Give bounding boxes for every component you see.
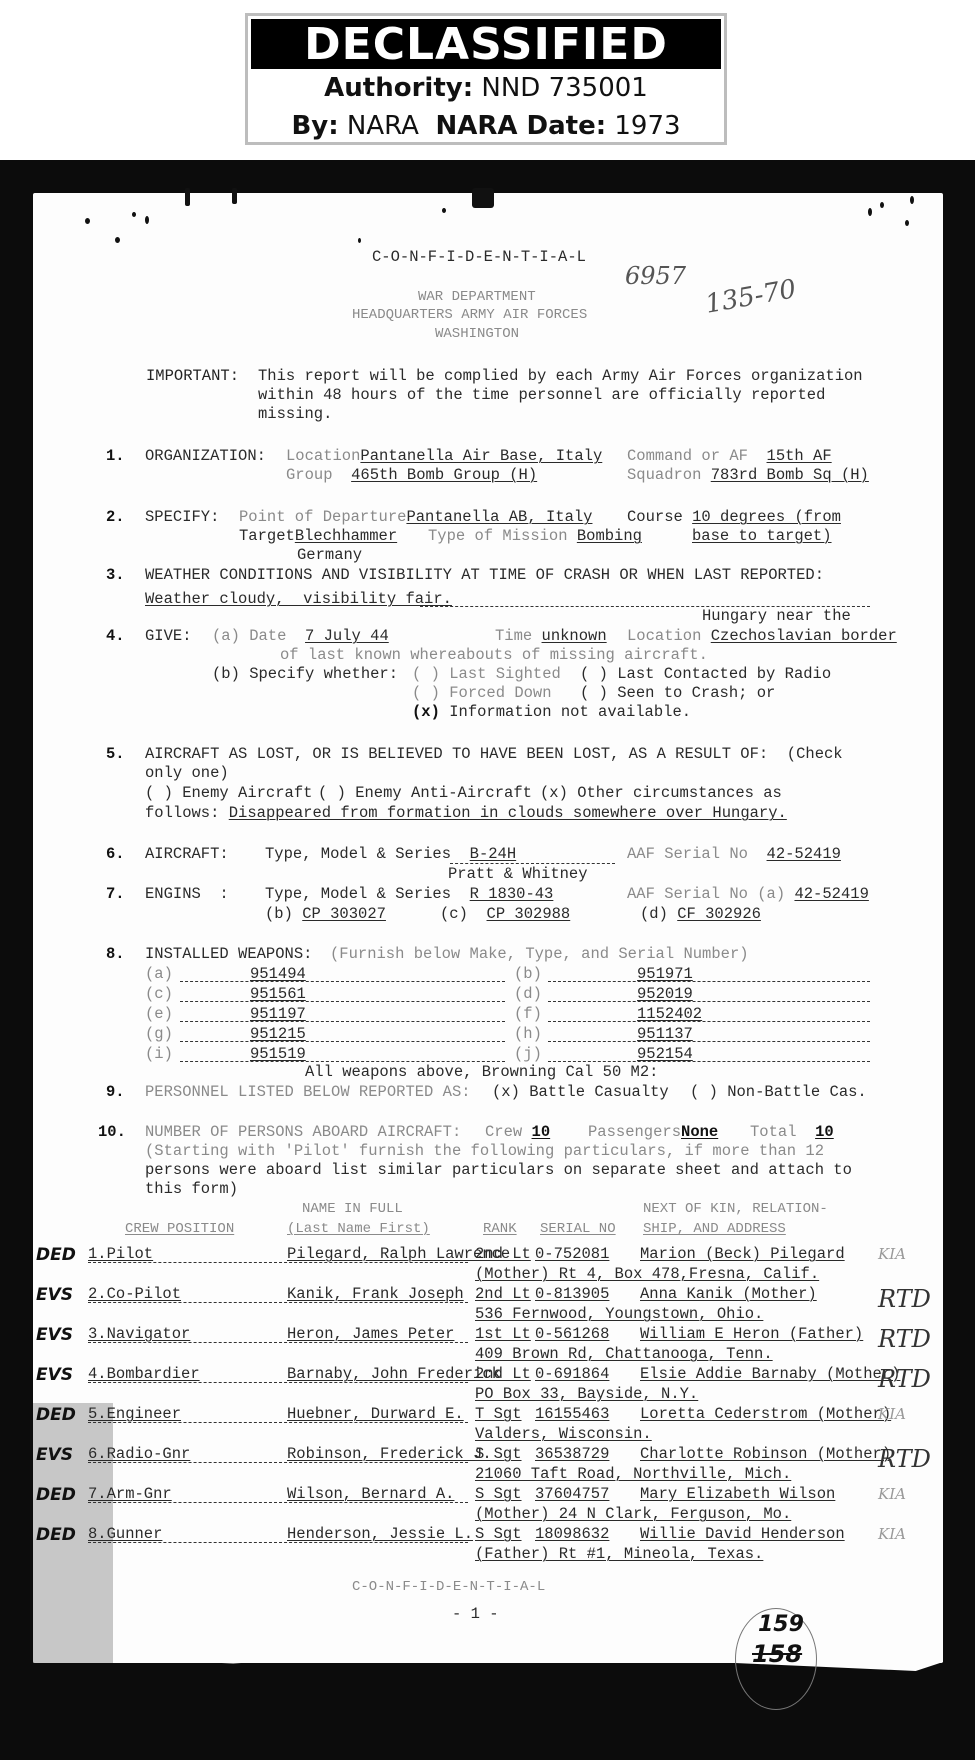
- important-line-3: missing.: [258, 405, 332, 423]
- course-field-2: base to target): [692, 527, 832, 545]
- next-of-kin-address: 21060 Taft Road, Northville, Mich.: [475, 1465, 791, 1483]
- crew-name: Huebner, Durward E.: [287, 1405, 464, 1423]
- disposition-annotation: KIA: [878, 1245, 906, 1263]
- section-4-number: 4.: [106, 627, 125, 645]
- weather-value: Weather cloudy, visibility fair.: [145, 590, 452, 608]
- option-seen-crash: ( ) Seen to Crash; or: [580, 684, 775, 702]
- target-field: TargetBlechhammer: [239, 527, 397, 545]
- squadron-field: Squadron 783rd Bomb Sq (H): [627, 466, 869, 484]
- handwritten-number: 6957: [625, 262, 686, 290]
- department-name: WAR DEPARTMENT: [418, 288, 536, 306]
- crew-rank: S Sgt: [475, 1525, 522, 1543]
- engine-serial-d: (d) CF 302926: [640, 905, 761, 923]
- engine-type-field: Type, Model & Series R 1830-43: [265, 885, 553, 903]
- section-5-label-2: only one): [145, 764, 229, 782]
- target-country: Germany: [297, 546, 362, 564]
- weapon-label: (c): [145, 985, 173, 1003]
- stamp-title: DECLASSIFIED: [251, 19, 721, 69]
- crash-location-field: Location Czechoslavian border: [627, 627, 897, 645]
- section-10-note-2: persons were aboard list similar particu…: [145, 1161, 852, 1179]
- important-line-2: within 48 hours of the time personnel ar…: [258, 386, 825, 404]
- engine-serial-c: (c) CP 302988: [440, 905, 570, 923]
- time-field: Time unknown: [495, 627, 607, 645]
- weapon-label: (e): [145, 1005, 173, 1023]
- next-of-kin: Marion (Beck) Pilegard: [640, 1245, 845, 1263]
- crew-position: 5.Engineer: [88, 1405, 181, 1423]
- cause-other: (x) Other circumstances as: [540, 784, 782, 802]
- disposition-annotation: KIA: [878, 1525, 906, 1543]
- engine-make: Pratt & Whitney: [448, 865, 588, 883]
- stamp-by: By: NARA NARA Date: 1973: [248, 107, 724, 145]
- crew-name: Wilson, Bernard A.: [287, 1485, 454, 1503]
- next-of-kin: Willie David Henderson: [640, 1525, 845, 1543]
- header-rank: RANK: [483, 1220, 517, 1238]
- crew-name: Kanik, Frank Joseph: [287, 1285, 464, 1303]
- crew-rank: 2nd Lt: [475, 1285, 531, 1303]
- crew-rank: S Sgt: [475, 1445, 522, 1463]
- disposition-annotation: RTD: [878, 1325, 931, 1353]
- important-label: IMPORTANT:: [146, 367, 239, 385]
- city-name: WASHINGTON: [435, 325, 519, 343]
- section-3-number: 3.: [106, 566, 125, 584]
- section-7-label: ENGINS :: [145, 885, 229, 903]
- crew-position: 4.Bombardier: [88, 1365, 200, 1383]
- crew-position: 1.Pilot: [88, 1245, 153, 1263]
- next-of-kin-address: (Father) Rt #1, Mineola, Texas.: [475, 1545, 763, 1563]
- status-annotation: EVS: [36, 1365, 73, 1385]
- section-9-label: PERSONNEL LISTED BELOW REPORTED AS:: [145, 1083, 471, 1101]
- date-field: (a) Date 7 July 44: [212, 627, 389, 645]
- next-of-kin-address: PO Box 33, Bayside, N.Y.: [475, 1385, 698, 1403]
- crew-name: Robinson, Frederick J.: [287, 1445, 492, 1463]
- location-line-1: Hungary near the: [702, 607, 851, 625]
- section-8-label: INSTALLED WEAPONS:: [145, 945, 312, 963]
- section-1-label: ORGANIZATION:: [145, 447, 266, 465]
- crew-serial: 37604757: [535, 1485, 609, 1503]
- section-10-number: 10.: [98, 1123, 126, 1141]
- weapon-label: (g): [145, 1025, 173, 1043]
- section-8-hint: (Furnish below Make, Type, and Serial Nu…: [330, 945, 749, 963]
- crew-name: Barnaby, John Frederick: [287, 1365, 501, 1383]
- option-forced-down: ( ) Forced Down: [412, 684, 552, 702]
- status-annotation: DED: [36, 1485, 76, 1505]
- next-of-kin-address: Valders, Wisconsin.: [475, 1425, 652, 1443]
- header-name-1: NAME IN FULL: [302, 1200, 403, 1218]
- date-sub-label: of last known whereabouts of missing air…: [280, 646, 708, 664]
- handwritten-page-1: 159: [758, 1612, 804, 1637]
- declassified-stamp: DECLASSIFIED Authority: NND 735001 By: N…: [245, 13, 727, 145]
- specify-whether-label: (b) Specify whether:: [212, 665, 398, 683]
- location-field: LocationPantanella Air Base, Italy: [286, 447, 602, 465]
- crew-rank: 1st Lt: [475, 1325, 531, 1343]
- crew-serial: 0-813905: [535, 1285, 609, 1303]
- crew-position: 7.Arm-Gnr: [88, 1485, 172, 1503]
- section-7-number: 7.: [106, 885, 125, 903]
- option-info-not-available: (x) Information not available.: [412, 703, 691, 721]
- next-of-kin: Elsie Addie Barnaby (Mother): [640, 1365, 900, 1383]
- crew-serial: 0-691864: [535, 1365, 609, 1383]
- total-field: Total 10: [750, 1123, 834, 1141]
- crew-rank: S Sgt: [475, 1485, 522, 1503]
- weapon-label: (b): [514, 965, 542, 983]
- disposition-annotation: RTD: [878, 1285, 931, 1313]
- crew-position: 2.Co-Pilot: [88, 1285, 181, 1303]
- page-number: - 1 -: [452, 1605, 499, 1623]
- course-field: Course 10 degrees (from: [627, 508, 841, 526]
- aircraft-type-field: Type, Model & Series B-24H: [265, 845, 516, 863]
- engine-serial-a: AAF Serial No (a) 42-52419: [627, 885, 869, 903]
- section-3-label: WEATHER CONDITIONS AND VISIBILITY AT TIM…: [145, 566, 824, 584]
- command-field: Command or AF 15th AF: [627, 447, 832, 465]
- header-kin-1: NEXT OF KIN, RELATION-: [643, 1200, 828, 1218]
- status-annotation: DED: [36, 1245, 76, 1265]
- stamp-authority: Authority: NND 735001: [248, 69, 724, 107]
- weapon-label: (f): [514, 1005, 542, 1023]
- section-2-number: 2.: [106, 508, 125, 526]
- engine-serial-b: (b) CP 303027: [265, 905, 386, 923]
- passengers-field: PassengersNone: [588, 1123, 718, 1141]
- classification-header: C-O-N-F-I-D-E-N-T-I-A-L: [372, 248, 586, 266]
- section-8-number: 8.: [106, 945, 125, 963]
- weapons-note: All weapons above, Browning Cal 50 M2:: [305, 1063, 658, 1081]
- weapon-label: (h): [514, 1025, 542, 1043]
- next-of-kin-address: 536 Fernwood, Youngstown, Ohio.: [475, 1305, 763, 1323]
- section-2-label: SPECIFY:: [145, 508, 219, 526]
- status-annotation: DED: [36, 1525, 76, 1545]
- section-5-label: AIRCRAFT AS LOST, OR IS BELIEVED TO HAVE…: [145, 745, 843, 763]
- disposition-annotation: RTD: [878, 1365, 931, 1393]
- crew-serial: 18098632: [535, 1525, 609, 1543]
- crew-name: Henderson, Jessie L.: [287, 1525, 473, 1543]
- section-6-label: AIRCRAFT:: [145, 845, 229, 863]
- crew-count-field: Crew 10: [485, 1123, 550, 1141]
- important-line-1: This report will be complied by each Arm…: [258, 367, 863, 385]
- crew-position: 3.Navigator: [88, 1325, 190, 1343]
- next-of-kin-address: 409 Brown Rd, Chattanooga, Tenn.: [475, 1345, 773, 1363]
- group-field: Group 465th Bomb Group (H): [286, 466, 537, 484]
- cause-anti-aircraft: ( ) Enemy Anti-Aircraft: [318, 784, 532, 802]
- departure-field: Point of DeparturePantanella AB, Italy: [239, 508, 592, 526]
- crew-serial: 0-752081: [535, 1245, 609, 1263]
- mission-type-field: Type of Mission Bombing: [428, 527, 642, 545]
- next-of-kin-address: (Mother) Rt 4, Box 478,Fresna, Calif.: [475, 1265, 819, 1283]
- option-last-contacted: ( ) Last Contacted by Radio: [580, 665, 831, 683]
- weapon-label: (d): [514, 985, 542, 1003]
- header-name-2: (Last Name First): [287, 1220, 430, 1238]
- next-of-kin: Anna Kanik (Mother): [640, 1285, 817, 1303]
- aircraft-serial-field: AAF Serial No 42-52419: [627, 845, 841, 863]
- crew-rank: T Sgt: [475, 1405, 522, 1423]
- section-10-note-1: (Starting with 'Pilot' furnish the follo…: [145, 1142, 824, 1160]
- section-9-number: 9.: [106, 1083, 125, 1101]
- cause-enemy-aircraft: ( ) Enemy Aircraft: [145, 784, 312, 802]
- status-annotation: EVS: [36, 1285, 73, 1305]
- status-annotation: EVS: [36, 1325, 73, 1345]
- crew-rank: 2nd Lt: [475, 1365, 531, 1383]
- next-of-kin: Loretta Cederstrom (Mother): [640, 1405, 891, 1423]
- section-5-number: 5.: [106, 745, 125, 763]
- crew-name: Heron, James Peter: [287, 1325, 454, 1343]
- battle-casualty-option: (x) Battle Casualty: [492, 1083, 669, 1101]
- section-4-label: GIVE:: [145, 627, 192, 645]
- headquarters-name: HEADQUARTERS ARMY AIR FORCES: [352, 306, 587, 324]
- header-position: CREW POSITION: [125, 1220, 234, 1238]
- status-annotation: DED: [36, 1405, 76, 1425]
- cause-description: follows: Disappeared from formation in c…: [145, 804, 787, 822]
- next-of-kin: William E Heron (Father): [640, 1325, 863, 1343]
- crew-serial: 0-561268: [535, 1325, 609, 1343]
- disposition-annotation: KIA: [878, 1405, 906, 1423]
- disposition-annotation: RTD: [878, 1445, 931, 1473]
- header-kin-2: SHIP, AND ADDRESS: [643, 1220, 786, 1238]
- status-annotation: EVS: [36, 1445, 73, 1465]
- next-of-kin: Mary Elizabeth Wilson: [640, 1485, 835, 1503]
- crew-position: 8.Gunner: [88, 1525, 162, 1543]
- section-1-number: 1.: [106, 447, 125, 465]
- next-of-kin-address: (Mother) 24 N Clark, Ferguson, Mo.: [475, 1505, 791, 1523]
- crew-serial: 16155463: [535, 1405, 609, 1423]
- weapon-label: (i): [145, 1045, 173, 1063]
- crew-serial: 36538729: [535, 1445, 609, 1463]
- section-6-number: 6.: [106, 845, 125, 863]
- non-battle-option: ( ) Non-Battle Cas.: [690, 1083, 867, 1101]
- weapon-label: (j): [514, 1045, 542, 1063]
- next-of-kin: Charlotte Robinson (Mother): [640, 1445, 891, 1463]
- option-last-sighted: ( ) Last Sighted: [412, 665, 561, 683]
- crew-position: 6.Radio-Gnr: [88, 1445, 190, 1463]
- section-10-label: NUMBER OF PERSONS ABOARD AIRCRAFT:: [145, 1123, 461, 1141]
- weapon-label: (a): [145, 965, 173, 983]
- header-serial: SERIAL NO: [540, 1220, 616, 1238]
- crew-rank: 2nd Lt: [475, 1245, 531, 1263]
- section-10-note-3: this form): [145, 1180, 238, 1198]
- disposition-annotation: KIA: [878, 1485, 906, 1503]
- handwritten-page-2: 158: [752, 1640, 802, 1668]
- classification-footer: C-O-N-F-I-D-E-N-T-I-A-L: [352, 1578, 545, 1596]
